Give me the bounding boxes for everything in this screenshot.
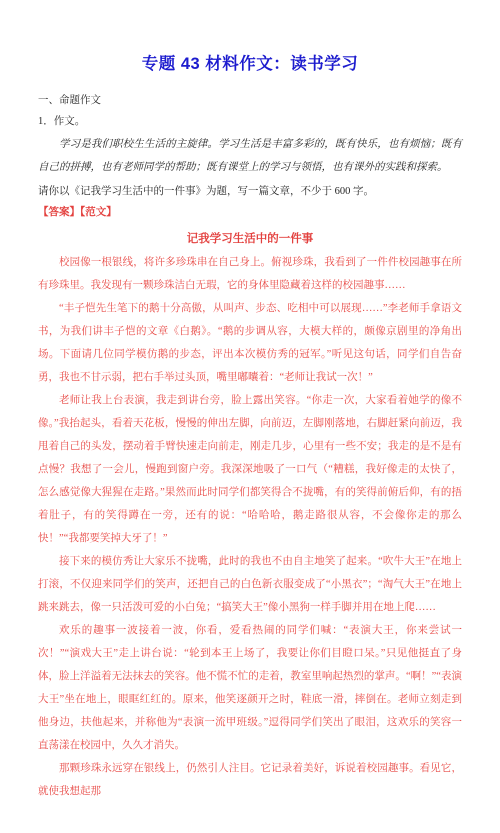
page-title: 专题 43 材料作文：读书学习 xyxy=(38,50,462,74)
section-heading: 一、命题作文 xyxy=(38,90,462,111)
essay-paragraph: 那颗珍珠永远穿在银线上，仍然引人注目。它记录着美好，诉说着校园趣事。看见它，就使… xyxy=(38,757,462,803)
answer-label: 【答案】【范文】 xyxy=(38,202,462,223)
item-number: 1．作文。 xyxy=(38,111,462,132)
task-text: 请你以《记我学习生活中的一件事》为题，写一篇文章，不少于 600 字。 xyxy=(38,181,462,202)
essay-paragraph: 欢乐的趣事一波接着一波，你看，爱看热闹的同学们喊：“表演大王，你来尝试一次！”“… xyxy=(38,619,462,757)
essay-paragraph: “丰子恺先生笔下的鹅十分高傲，从叫声、步态、吃相中可以展现……”李老师手拿语文书… xyxy=(38,297,462,389)
essay-paragraph: 校园像一根银线，将许多珍珠串在自己身上。俯视珍珠，我看到了一件件校园趣事在所有珍… xyxy=(38,251,462,297)
essay-paragraph: 接下来的模仿秀让大家乐不拢嘴，此时的我也不由自主地笑了起来。“吹牛大王”在地上打… xyxy=(38,550,462,619)
document-page: 专题 43 材料作文：读书学习 一、命题作文 1．作文。 学习是我们职校生生活的… xyxy=(0,0,500,833)
essay-paragraph: 老师让我上台表演，我走到讲台旁，脸上露出笑容。“你走一次，大家看着她学的像不像。… xyxy=(38,389,462,550)
essay-title: 记我学习生活中的一件事 xyxy=(38,230,462,246)
prompt-text: 学习是我们职校生生活的主旋律。学习生活是丰富多彩的，既有快乐，也有烦恼；既有自己… xyxy=(38,134,462,179)
